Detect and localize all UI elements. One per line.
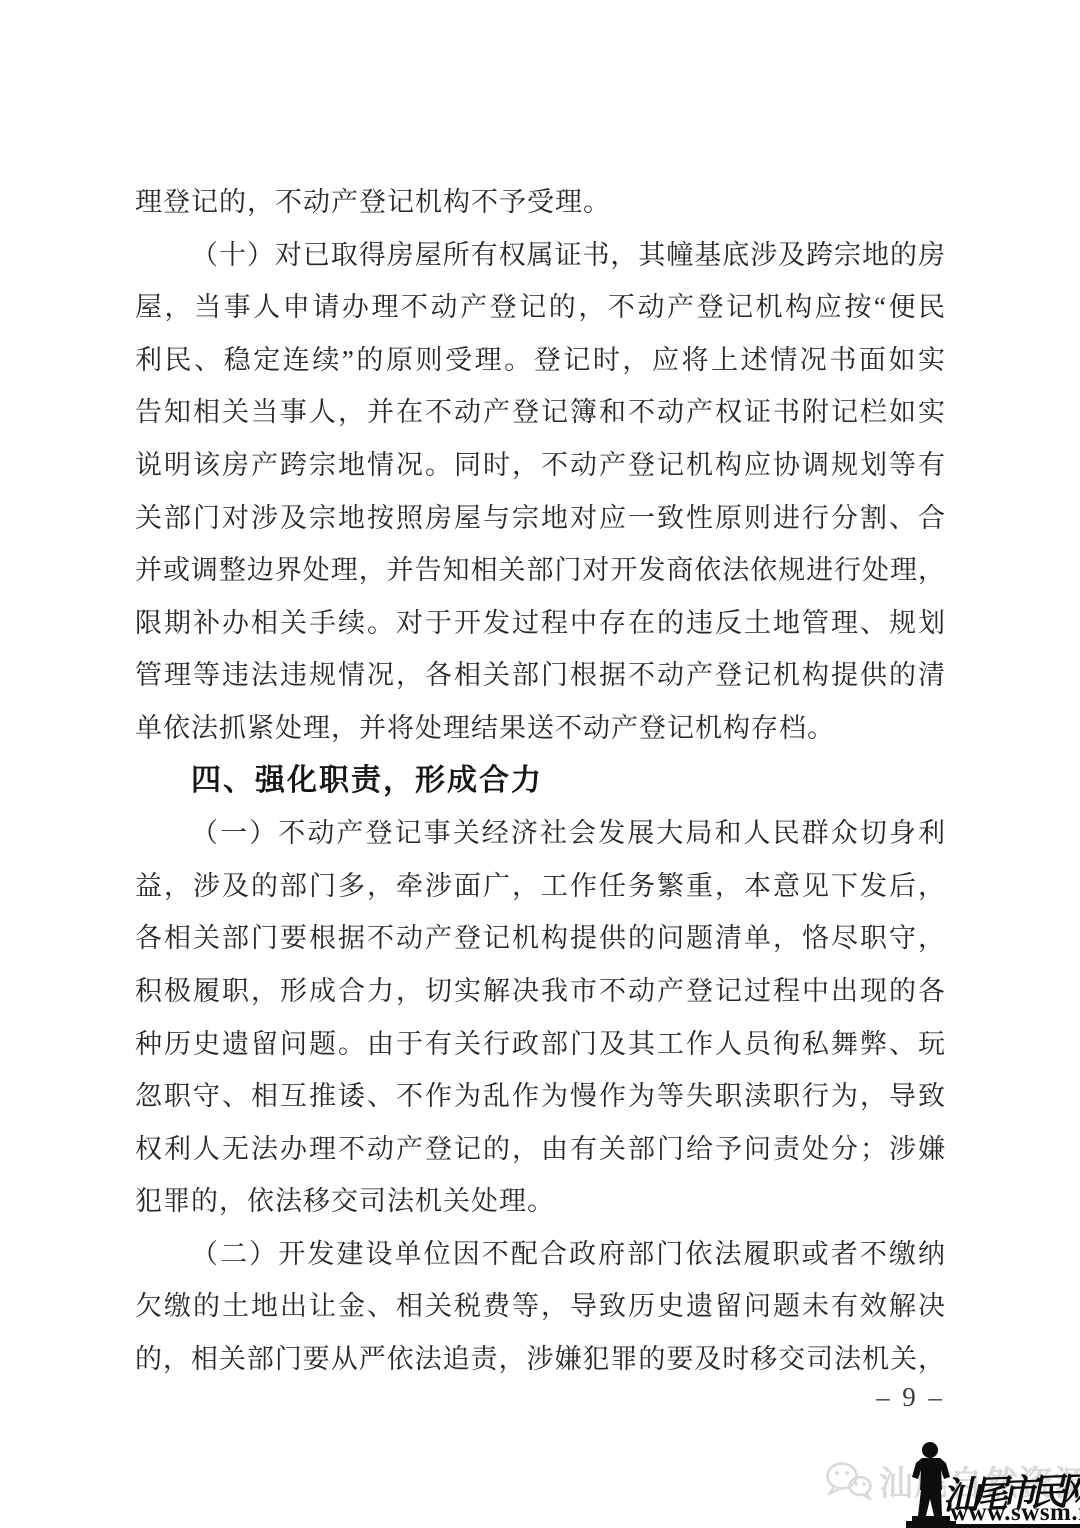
text-line: 屋，当事人申请办理不动产登记的，不动产登记机构应按“便民 <box>135 281 945 334</box>
wechat-icon <box>824 1460 874 1502</box>
text-line: 积极履职，形成合力，切实解决我市不动产登记过程中出现的各 <box>135 965 945 1018</box>
text-line: 告知相关当事人，并在不动产登记簿和不动产权证书附记栏如实 <box>135 386 945 439</box>
text-line: 权利人无法办理不动产登记的，由有关部门给予问责处分；涉嫌 <box>135 1123 945 1176</box>
text-line: （二）开发建设单位因不配合政府部门依法履职或者不缴纳 <box>135 1228 945 1281</box>
swsm-logo: 汕尾市民网 www.swsm.net <box>898 1441 1080 1528</box>
text-line: 关部门对涉及宗地按照房屋与宗地对应一致性原则进行分割、合 <box>135 492 945 545</box>
text-line: 利民、稳定连续”的原则受理。登记时，应将上述情况书面如实 <box>135 334 945 387</box>
text-line: 益，涉及的部门多，牵涉面广，工作任务繁重，本意见下发后， <box>135 860 945 913</box>
text-line: 管理等违法违规情况，各相关部门根据不动产登记机构提供的清 <box>135 649 945 702</box>
site-url: www.swsm.net <box>950 1499 1080 1527</box>
document-page: 理登记的，不动产登记机构不予受理。（十）对已取得房屋所有权属证书，其幢基底涉及跨… <box>0 0 1080 1528</box>
document-body: 理登记的，不动产登记机构不予受理。（十）对已取得房屋所有权属证书，其幢基底涉及跨… <box>135 176 945 1386</box>
logo-underline <box>908 1524 1080 1528</box>
section-heading: 四、强化职责，形成合力 <box>135 755 945 808</box>
text-line: 单依法抓紧处理，并将处理结果送不动产登记机构存档。 <box>135 702 945 755</box>
text-line: 各相关部门要根据不动产登记机构提供的问题清单，恪尽职守， <box>135 912 945 965</box>
text-line: （十）对已取得房屋所有权属证书，其幢基底涉及跨宗地的房 <box>135 229 945 282</box>
text-line: 欠缴的土地出让金、相关税费等，导致历史遗留问题未有效解决 <box>135 1280 945 1333</box>
text-line: 说明该房产跨宗地情况。同时，不动产登记机构应协调规划等有 <box>135 439 945 492</box>
page-number: – 9 – <box>135 1382 945 1413</box>
text-line: 并或调整边界处理，并告知相关部门对开发商依法依规进行处理， <box>135 544 945 597</box>
text-line: 理登记的，不动产登记机构不予受理。 <box>135 176 945 229</box>
text-line: 忽职守、相互推诿、不作为乱作为慢作为等失职渎职行为，导致 <box>135 1070 945 1123</box>
text-line: （一）不动产登记事关经济社会发展大局和人民群众切身利 <box>135 807 945 860</box>
text-line: 犯罪的，依法移交司法机关处理。 <box>135 1175 945 1228</box>
text-line: 限期补办相关手续。对于开发过程中存在的违反土地管理、规划 <box>135 597 945 650</box>
text-line: 的，相关部门要从严依法追责，涉嫌犯罪的要及时移交司法机关， <box>135 1333 945 1386</box>
text-line: 种历史遗留问题。由于有关行政部门及其工作人员徇私舞弊、玩 <box>135 1018 945 1071</box>
